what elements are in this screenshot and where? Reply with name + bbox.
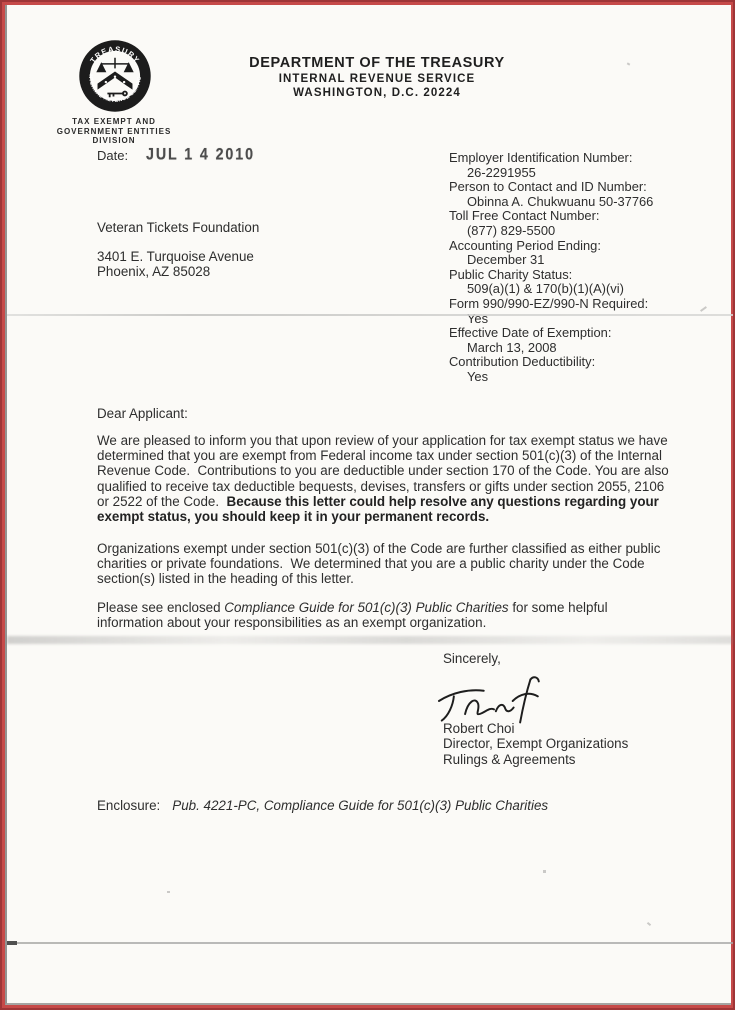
field-label: Accounting Period Ending: xyxy=(449,239,729,254)
enclosure-value: Pub. 4221-PC, Compliance Guide for 501(c… xyxy=(172,798,548,813)
paragraph-2: Organizations exempt under section 501(c… xyxy=(97,541,677,587)
enclosure-label: Enclosure: xyxy=(97,798,160,813)
field-label: Toll Free Contact Number: xyxy=(449,209,729,224)
scan-noise xyxy=(627,62,631,65)
paper-fold-crease xyxy=(7,942,733,944)
field-value: Yes xyxy=(449,312,729,327)
signature-block: Robert Choi Director, Exempt Organizatio… xyxy=(443,721,628,767)
division-label: TAX EXEMPT AND GOVERNMENT ENTITIES DIVIS… xyxy=(34,117,194,146)
field-value: 26-2291955 xyxy=(449,166,729,181)
field-label: Person to Contact and ID Number: xyxy=(449,180,729,195)
field-value: March 13, 2008 xyxy=(449,341,729,356)
scan-noise xyxy=(167,891,170,893)
signer-name: Robert Choi xyxy=(443,721,628,736)
recipient-street: 3401 E. Turquoise Avenue xyxy=(97,249,259,264)
scanned-letter: TREASURY INTERNAL REVENUE SERVICE xyxy=(0,0,735,1010)
paragraph-3: Please see enclosed Compliance Guide for… xyxy=(97,600,677,630)
date-stamp: JUL 1 4 2010 xyxy=(146,145,255,164)
signer-title-2: Rulings & Agreements xyxy=(443,752,628,767)
field-label: Public Charity Status: xyxy=(449,268,729,283)
paper-fold-crease xyxy=(7,636,733,644)
agency-address: WASHINGTON, D.C. 20224 xyxy=(207,86,547,100)
salutation: Dear Applicant: xyxy=(97,406,188,421)
treasury-seal-icon: TREASURY INTERNAL REVENUE SERVICE xyxy=(77,38,153,114)
paragraph-3-publication: Compliance Guide for 501(c)(3) Public Ch… xyxy=(224,600,508,615)
valediction: Sincerely, xyxy=(443,651,501,666)
agency-name: DEPARTMENT OF THE TREASURY xyxy=(207,55,547,72)
field-label: Form 990/990-EZ/990-N Required: xyxy=(449,297,729,312)
field-value: Yes xyxy=(449,370,729,385)
field-label: Contribution Deductibility: xyxy=(449,355,729,370)
letter-paper: TREASURY INTERNAL REVENUE SERVICE xyxy=(5,5,731,1005)
division-line-1: TAX EXEMPT AND xyxy=(34,117,194,127)
paragraph-3-pre: Please see enclosed xyxy=(97,600,224,615)
signer-title-1: Director, Exempt Organizations xyxy=(443,736,628,751)
enclosure-line: Enclosure:Pub. 4221-PC, Compliance Guide… xyxy=(97,798,548,813)
field-value: (877) 829-5500 xyxy=(449,224,729,239)
recipient-city: Phoenix, AZ 85028 xyxy=(97,264,259,279)
field-label: Effective Date of Exemption: xyxy=(449,326,729,341)
field-value: 509(a)(1) & 170(b)(1)(A)(vi) xyxy=(449,282,729,297)
field-label: Employer Identification Number: xyxy=(449,151,729,166)
case-fields: Employer Identification Number: 26-22919… xyxy=(449,151,729,385)
recipient-name: Veteran Tickets Foundation xyxy=(97,220,259,235)
agency-service: INTERNAL REVENUE SERVICE xyxy=(207,72,547,86)
field-value: December 31 xyxy=(449,253,729,268)
date-label: Date: xyxy=(97,148,128,163)
paragraph-1: We are pleased to inform you that upon r… xyxy=(97,433,677,524)
date-row: Date: JUL 1 4 2010 xyxy=(97,147,260,164)
scan-noise xyxy=(647,922,651,926)
field-value: Obinna A. Chukwuanu 50-37766 xyxy=(449,195,729,210)
scan-noise xyxy=(543,870,546,873)
letterhead: DEPARTMENT OF THE TREASURY INTERNAL REVE… xyxy=(207,55,547,100)
division-line-2: GOVERNMENT ENTITIES xyxy=(34,127,194,137)
recipient-address: Veteran Tickets Foundation 3401 E. Turqu… xyxy=(97,220,259,279)
